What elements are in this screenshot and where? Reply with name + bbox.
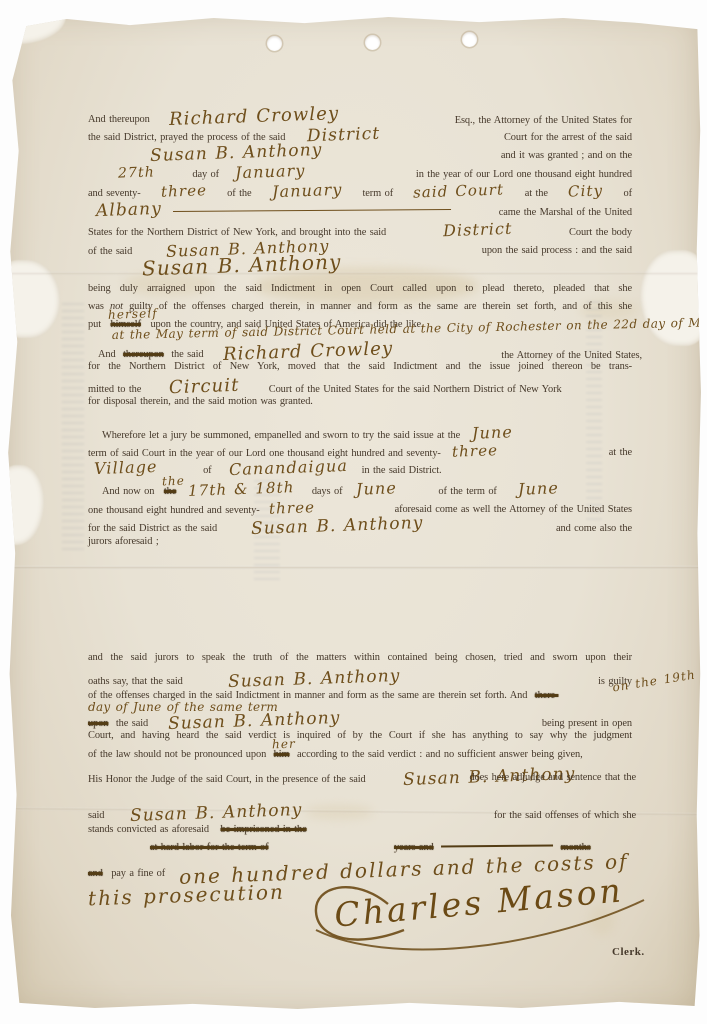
- handwritten-correction: the: [162, 474, 185, 490]
- struck-text: upon: [88, 718, 108, 729]
- printed-text: and it was granted ; and on the: [501, 149, 632, 162]
- handwritten-month: June: [356, 478, 398, 499]
- printed-text: and the said jurors to speak the truth o…: [88, 652, 632, 663]
- printed-text: came the Marshal of the United: [499, 206, 632, 219]
- printed-text: jurors aforesaid ;: [88, 536, 159, 547]
- form-line: said Susan B. Anthony for the said offen…: [88, 803, 636, 824]
- handwritten-text: Village: [94, 457, 158, 479]
- clerk-title: Clerk.: [612, 946, 645, 958]
- handwritten-month: June: [518, 478, 560, 499]
- form-line: for the Northern District of New York, m…: [88, 360, 632, 373]
- form-line: jurors aforesaid ;: [88, 535, 159, 548]
- printed-text: of: [203, 465, 211, 476]
- handwritten-name: Susan B. Anthony: [142, 250, 342, 282]
- printed-text: And: [98, 349, 116, 360]
- form-line: 27th day of January in the year of our L…: [88, 162, 632, 183]
- bleed-through: [62, 300, 84, 550]
- printed-text: Wherefore let a jury be summoned, empane…: [102, 430, 460, 441]
- printed-text: day of: [192, 169, 219, 180]
- form-line: for disposal therein, and the said motio…: [88, 395, 313, 408]
- correction-group: her him: [274, 748, 290, 761]
- printed-text: Court of the United States for the said …: [269, 384, 562, 395]
- form-line: And now on the the 17th & 18th days of J…: [88, 479, 646, 499]
- printed-text: the said: [116, 718, 148, 729]
- printed-text: of the: [227, 187, 251, 200]
- handwritten-sentence: this prosecution: [88, 880, 286, 912]
- form-line: oaths say, that the said Susan B. Anthon…: [88, 669, 632, 690]
- ink-underline: [173, 201, 451, 212]
- form-line: being duly arraigned upon the said Indic…: [88, 282, 632, 295]
- handwritten-text: three: [161, 181, 208, 201]
- printed-text: and seventy-: [88, 187, 141, 200]
- handwritten-correction: herself: [108, 306, 158, 323]
- form-line: Court, and having heard the said verdict…: [88, 729, 632, 742]
- printed-text: oaths say, that the said: [88, 676, 183, 687]
- printed-text: for the said District as the said: [88, 523, 217, 534]
- printed-text: of the term of: [438, 486, 496, 497]
- form-line: stands convicted as aforesaid be impriso…: [88, 823, 632, 836]
- handwritten-place: Canandaigua: [229, 456, 349, 480]
- form-line: Wherefore let a jury be summoned, empane…: [88, 423, 646, 443]
- paper-sheet: And thereupon Richard Crowley Esq., the …: [4, 10, 703, 1016]
- scanned-court-document: And thereupon Richard Crowley Esq., the …: [0, 0, 707, 1024]
- punch-hole: [267, 36, 282, 51]
- form-line: for the said District as the said Susan …: [88, 516, 632, 537]
- printed-text: for disposal therein, and the said motio…: [88, 396, 313, 407]
- printed-text: of: [624, 187, 632, 200]
- printed-text: said: [88, 810, 104, 821]
- struck-text: years and: [394, 842, 434, 853]
- form-line: and the said jurors to speak the truth o…: [88, 651, 632, 664]
- paper-tear: [0, 465, 44, 545]
- handwritten-name: Susan B. Anthony: [250, 513, 423, 540]
- form-line: States for the Northern District of New …: [88, 220, 632, 240]
- printed-text: does here adjudge and sentence that the: [469, 771, 636, 784]
- punch-hole: [462, 32, 477, 47]
- struck-text: thereupon: [123, 349, 164, 360]
- printed-text: in the said District.: [362, 465, 442, 476]
- printed-text: in the year of our Lord one thousand eig…: [416, 168, 632, 181]
- printed-text: upon the said process : and the said: [482, 244, 632, 257]
- struck-text: there-: [535, 690, 559, 701]
- printed-text: of the said: [88, 246, 132, 257]
- printed-text: Court the body: [569, 226, 632, 239]
- printed-text: the said: [171, 349, 203, 360]
- form-line: Susan B. Anthony: [142, 253, 341, 278]
- printed-text: And now on: [102, 486, 154, 497]
- printed-text: His Honor the Judge of the said Court, i…: [88, 774, 366, 785]
- fold-crease: [4, 566, 703, 569]
- printed-text: pay a fine of: [111, 868, 165, 879]
- printed-text: for the said offenses of which she: [494, 809, 636, 822]
- handwritten-place: Albany: [96, 199, 163, 223]
- struck-text: and: [88, 868, 103, 879]
- ink-strike-line: [441, 837, 553, 848]
- paper-tear: [0, 4, 66, 44]
- handwritten-text: District: [442, 219, 512, 241]
- form-line: this prosecution: [88, 883, 285, 908]
- printed-text: one thousand eight hundred and seventy-: [88, 505, 260, 516]
- printed-text: days of: [312, 486, 343, 497]
- printed-text: stands convicted as aforesaid: [88, 824, 209, 835]
- printed-text: was: [88, 301, 104, 312]
- form-line: was not guilty of the offenses charged t…: [88, 300, 632, 313]
- printed-text: at the: [525, 187, 548, 200]
- punch-hole: [365, 35, 380, 50]
- handwritten-text: City: [568, 181, 604, 201]
- struck-text: be imprisoned in the: [221, 824, 307, 835]
- printed-text: term of: [362, 187, 393, 200]
- printed-text: and come also the: [556, 522, 632, 535]
- printed-text: put: [88, 319, 101, 330]
- handwritten-month: January: [271, 180, 342, 202]
- form-line: of the law should not be pronounced upon…: [88, 748, 638, 761]
- correction-group: the the: [164, 485, 176, 498]
- printed-text: Court, and having heard the said verdict…: [88, 730, 632, 741]
- form-line: Albany came the Marshal of the United: [88, 200, 632, 221]
- struck-text: at hard labor for the term of: [150, 842, 269, 853]
- printed-text: according to the said verdict : and no s…: [297, 749, 583, 760]
- printed-text: States for the Northern District of New …: [88, 226, 386, 239]
- printed-text: guilty of the offenses charged therein, …: [129, 301, 632, 312]
- printed-text: being duly arraigned upon the said Indic…: [88, 283, 632, 294]
- printed-text: at the: [609, 446, 632, 459]
- fold-crease: [4, 272, 703, 275]
- printed-text: aforesaid come as well the Attorney of t…: [395, 503, 632, 516]
- printed-text: And thereupon: [88, 114, 150, 125]
- printed-text: mitted to the: [88, 384, 141, 395]
- handwritten-correction: her: [271, 737, 295, 753]
- handwritten-dates: 17th & 18th: [187, 478, 294, 500]
- printed-text: of the law should not be pronounced upon: [88, 749, 266, 760]
- form-line: and seventy- three of the January term o…: [88, 181, 632, 201]
- handwritten-month: January: [234, 161, 305, 183]
- printed-text: for the Northern District of New York, m…: [88, 361, 632, 372]
